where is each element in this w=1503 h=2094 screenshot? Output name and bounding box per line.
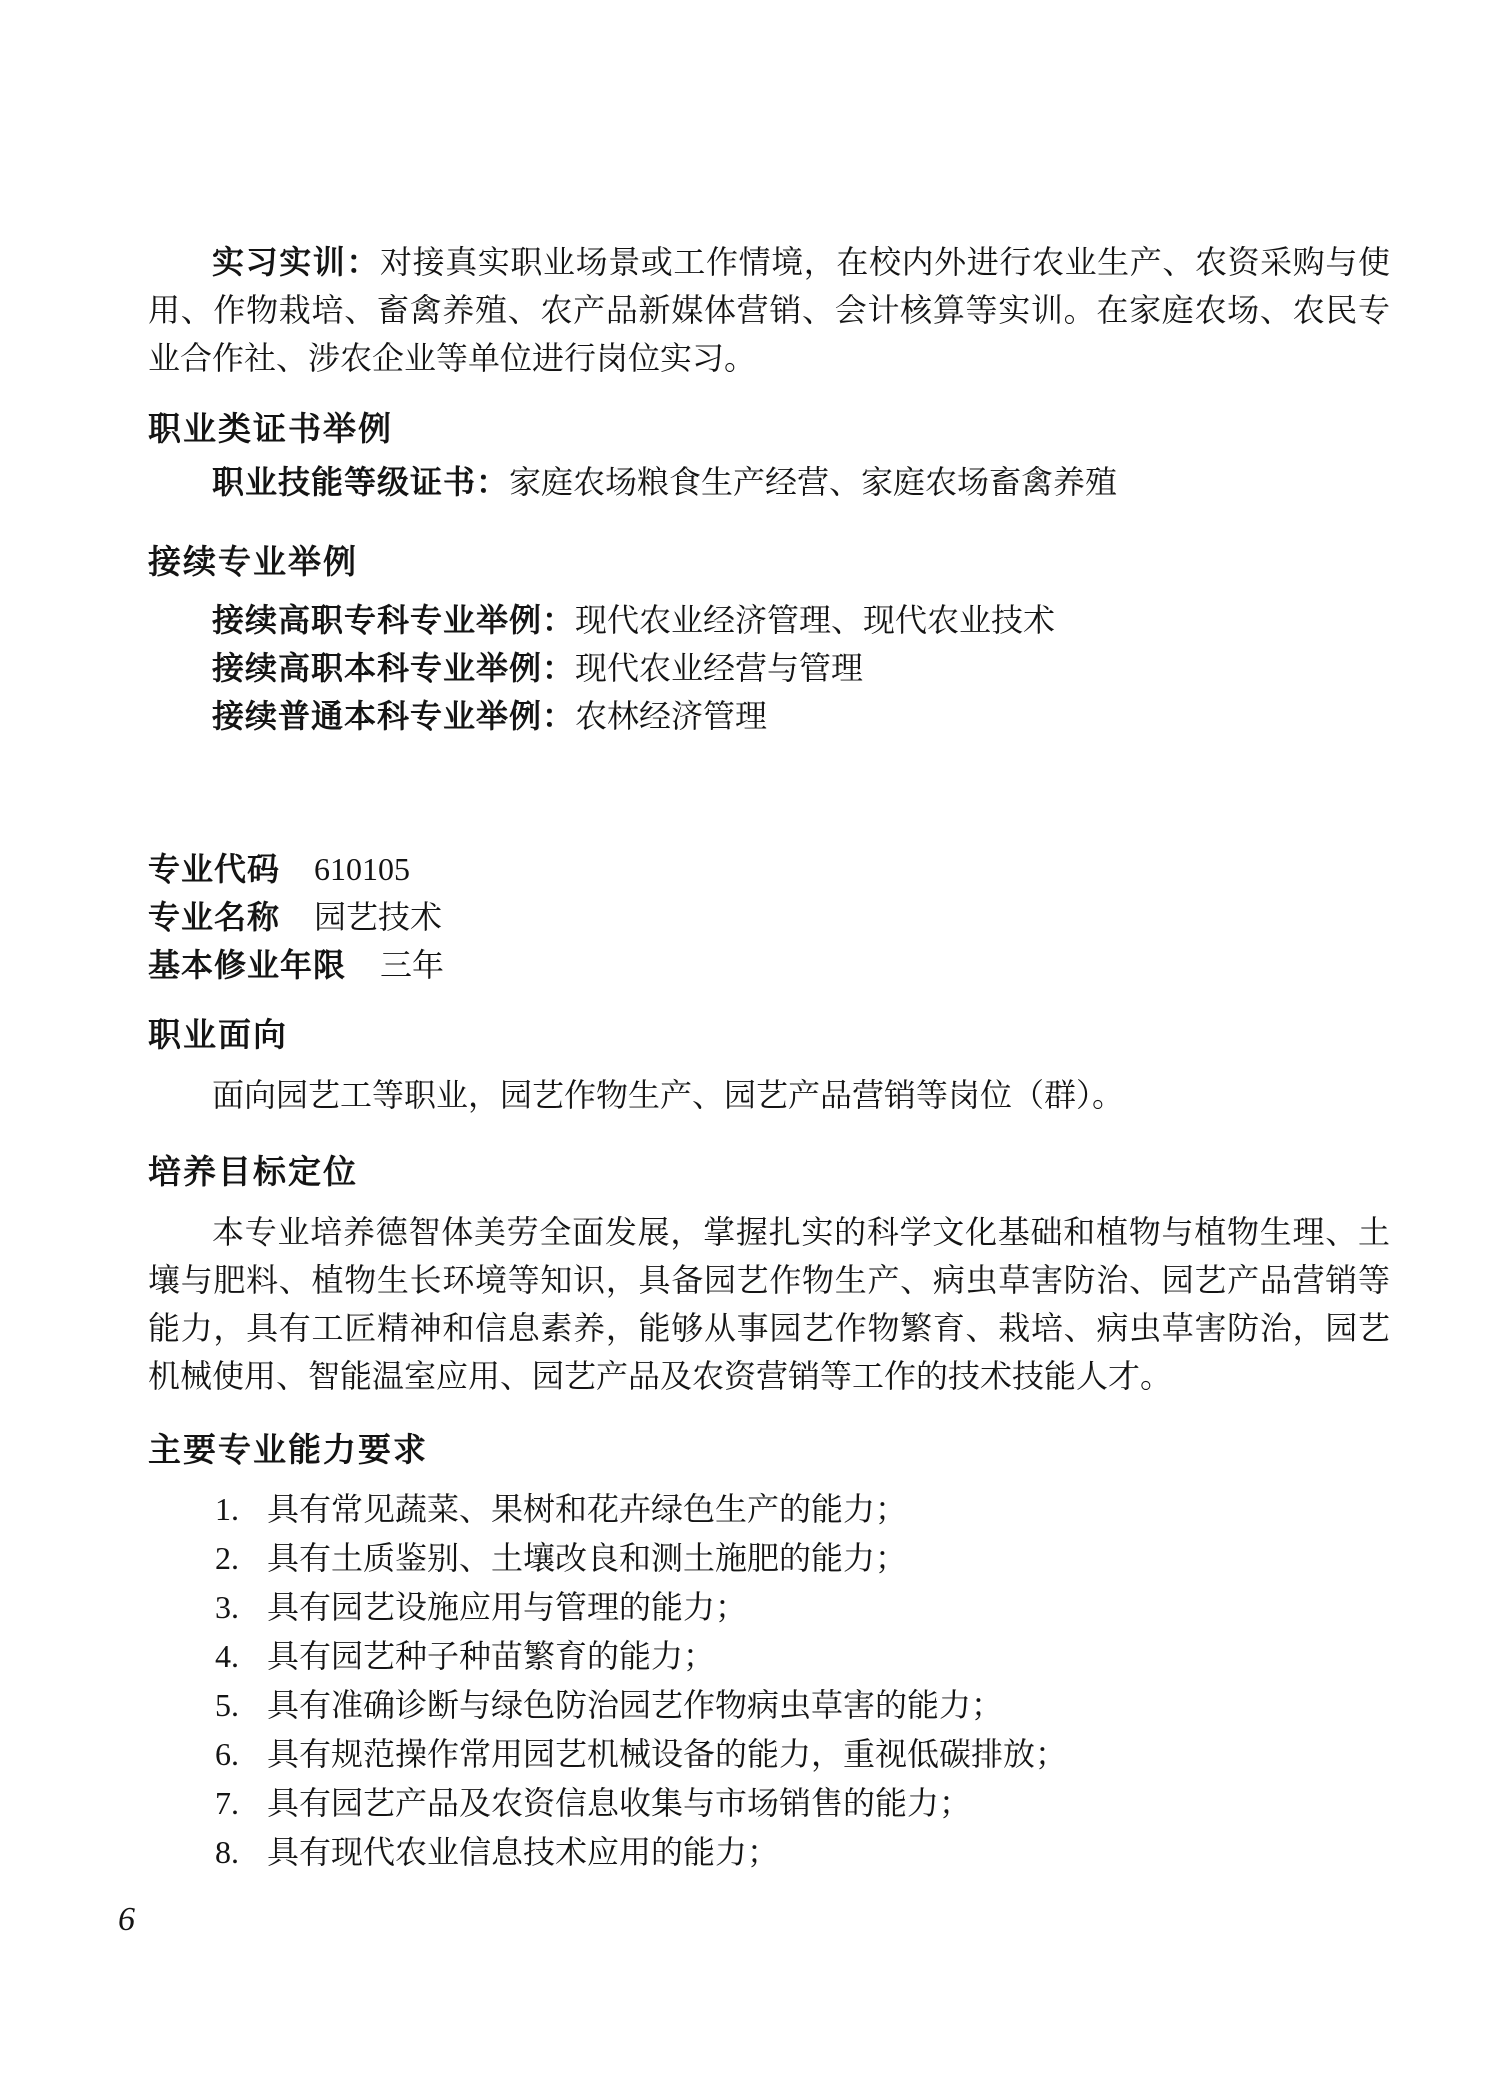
ability-list: 1.具有常见蔬菜、果树和花卉绿色生产的能力； 2.具有土质鉴别、土壤改良和测土施… [148,1485,1390,1876]
heading-career: 职业面向 [148,1011,1390,1059]
paragraph-training-objectives: 本专业培养德智体美劳全面发展，掌握扎实的科学文化基础和植物与植物生理、土壤与肥料… [148,1208,1390,1400]
page-number: 6 [118,1896,135,1944]
ability-item-4-number: 4. [215,1632,267,1680]
major-name-row: 专业名称园艺技术 [148,893,1390,941]
continuing-voc-bachelor-label: 接续高职本科专业举例： [212,650,575,686]
ability-item-7: 7.具有园艺产品及农资信息收集与市场销售的能力； [148,1779,1390,1827]
paragraph-internship: 实习实训：对接真实职业场景或工作情境，在校内外进行农业生产、农资采购与使用、作物… [148,238,1390,382]
ability-item-1: 1.具有常见蔬菜、果树和花卉绿色生产的能力； [148,1485,1390,1533]
continuing-lines: 接续高职专科专业举例：现代农业经济管理、现代农业技术 接续高职本科专业举例：现代… [148,596,1390,740]
internship-label: 实习实训： [212,244,380,280]
continuing-bachelor-text: 农林经济管理 [575,698,767,734]
major-code-label: 专业代码 [148,851,280,887]
major-info-block: 专业代码610105 专业名称园艺技术 基本修业年限三年 [148,845,1390,989]
heading-training-objectives: 培养目标定位 [148,1148,1390,1196]
continuing-college-text: 现代农业经济管理、现代农业技术 [575,602,1055,638]
ability-item-7-text: 具有园艺产品及农资信息收集与市场销售的能力； [267,1785,971,1821]
ability-item-1-number: 1. [215,1485,267,1533]
continuing-college-label: 接续高职专科专业举例： [212,602,575,638]
major-name-label: 专业名称 [148,899,280,935]
certificate-text: 家庭农场粮食生产经营、家庭农场畜禽养殖 [509,464,1117,500]
ability-item-3-text: 具有园艺设施应用与管理的能力； [267,1589,747,1625]
ability-item-2: 2.具有土质鉴别、土壤改良和测土施肥的能力； [148,1534,1390,1582]
ability-item-8-text: 具有现代农业信息技术应用的能力； [267,1834,779,1870]
ability-item-5: 5.具有准确诊断与绿色防治园艺作物病虫草害的能力； [148,1681,1390,1729]
study-period-label: 基本修业年限 [148,947,346,983]
study-period-row: 基本修业年限三年 [148,941,1390,989]
ability-item-3-number: 3. [215,1583,267,1631]
ability-item-4: 4.具有园艺种子种苗繁育的能力； [148,1632,1390,1680]
certificate-label: 职业技能等级证书： [212,464,509,500]
continuing-line-voc-bachelor: 接续高职本科专业举例：现代农业经营与管理 [148,644,1390,692]
ability-item-5-number: 5. [215,1681,267,1729]
ability-item-7-number: 7. [215,1779,267,1827]
study-period-value: 三年 [380,947,444,983]
ability-item-6-number: 6. [215,1730,267,1778]
ability-item-2-number: 2. [215,1534,267,1582]
ability-item-1-text: 具有常见蔬菜、果树和花卉绿色生产的能力； [267,1491,907,1527]
document-page: 实习实训：对接真实职业场景或工作情境，在校内外进行农业生产、农资采购与使用、作物… [0,0,1503,2094]
continuing-voc-bachelor-text: 现代农业经营与管理 [575,650,863,686]
ability-item-4-text: 具有园艺种子种苗繁育的能力； [267,1638,715,1674]
major-code-row: 专业代码610105 [148,845,1390,893]
ability-item-2-text: 具有土质鉴别、土壤改良和测土施肥的能力； [267,1540,907,1576]
heading-certificates: 职业类证书举例 [148,405,1390,453]
ability-item-6: 6.具有规范操作常用园艺机械设备的能力，重视低碳排放； [148,1730,1390,1778]
continuing-line-bachelor: 接续普通本科专业举例：农林经济管理 [148,692,1390,740]
heading-continuing: 接续专业举例 [148,538,1390,586]
major-name-value: 园艺技术 [314,899,442,935]
line-certificate: 职业技能等级证书：家庭农场粮食生产经营、家庭农场畜禽养殖 [148,458,1390,506]
continuing-line-college: 接续高职专科专业举例：现代农业经济管理、现代农业技术 [148,596,1390,644]
continuing-bachelor-label: 接续普通本科专业举例： [212,698,575,734]
heading-ability-requirements: 主要专业能力要求 [148,1426,1390,1474]
ability-item-3: 3.具有园艺设施应用与管理的能力； [148,1583,1390,1631]
ability-item-6-text: 具有规范操作常用园艺机械设备的能力，重视低碳排放； [267,1736,1067,1772]
ability-item-8-number: 8. [215,1828,267,1876]
ability-item-5-text: 具有准确诊断与绿色防治园艺作物病虫草害的能力； [267,1687,1003,1723]
major-code-value: 610105 [314,851,410,887]
ability-item-8: 8.具有现代农业信息技术应用的能力； [148,1828,1390,1876]
paragraph-career: 面向园艺工等职业，园艺作物生产、园艺产品营销等岗位（群）。 [148,1071,1390,1119]
